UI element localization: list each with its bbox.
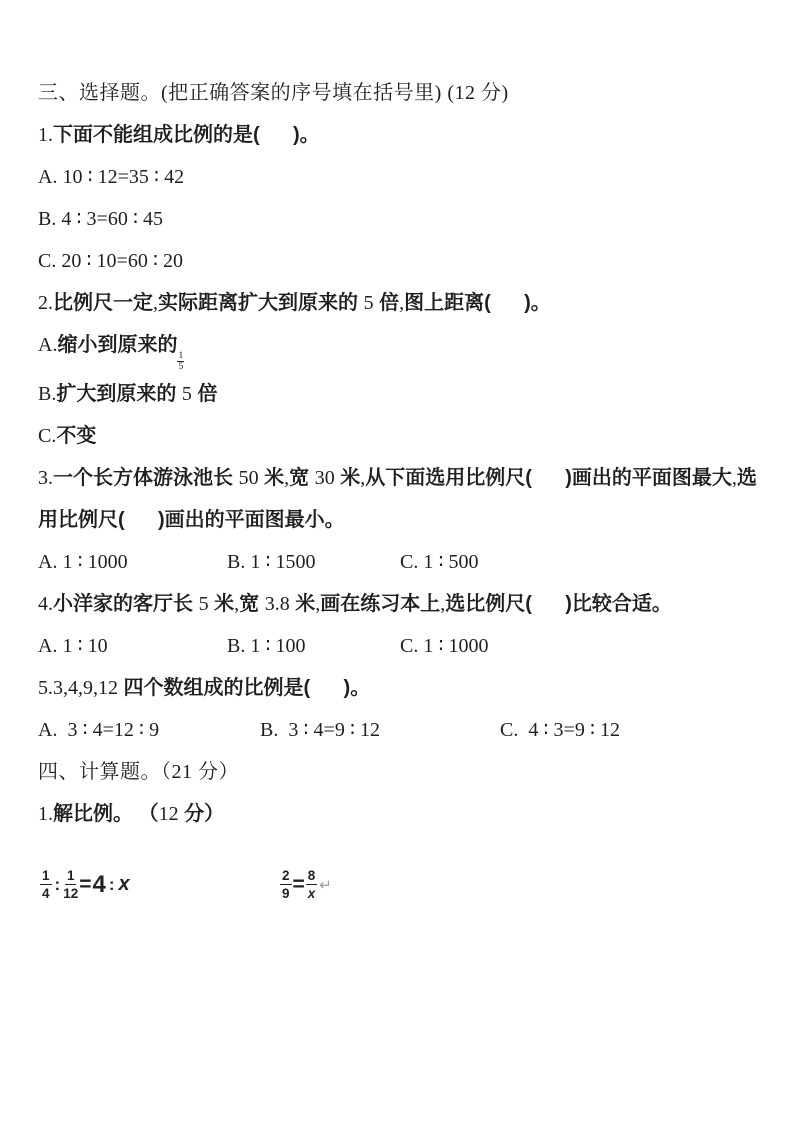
equation-1: 14 : 112 = 4 : x	[40, 868, 130, 902]
ratio-colon: :	[106, 875, 118, 895]
equals-sign: =	[78, 873, 92, 897]
question-5-stem: 5.3,4,9,12 四个数组成的比例是( )。	[38, 667, 765, 709]
paragraph-return-mark: ↵	[319, 876, 332, 894]
fraction-numerator: 1	[177, 351, 184, 362]
section-three-title: 三、选择题。(把正确答案的序号填在括号里) (12 分)	[38, 72, 765, 114]
equation-1-number: 4	[92, 871, 105, 899]
one-fifth-fraction: 15	[177, 351, 184, 373]
question-1-option-b: B. 4 ∶ 3=60 ∶ 45	[38, 198, 765, 240]
question-3-option-c: C. 1 ∶ 500	[400, 541, 479, 583]
equals-sign: =	[292, 873, 306, 897]
fraction-denominator-x: x	[308, 885, 316, 902]
question-4-option-c: C. 1 ∶ 1000	[400, 625, 489, 667]
fraction-denominator: 12	[63, 885, 78, 902]
question-5-option-a: A. 3 ∶ 4=12 ∶ 9	[38, 709, 260, 751]
fraction-denominator: 9	[282, 885, 290, 902]
solve-proportion-subtitle: 1.解比例。 （12 分）	[38, 793, 765, 835]
equation-2-fraction-2: 8x	[306, 868, 318, 902]
fraction-numerator: 1	[40, 868, 52, 886]
ratio-colon: :	[52, 875, 64, 895]
fraction-denominator: 5	[178, 362, 183, 372]
question-4-options-row: A. 1 ∶ 10 B. 1 ∶ 100 C. 1 ∶ 1000	[38, 625, 765, 667]
question-2-option-b: B.扩大到原来的 5 倍	[38, 373, 765, 415]
question-2-stem: 2.比例尺一定,实际距离扩大到原来的 5 倍,图上距离( )。	[38, 282, 765, 324]
question-4-option-b: B. 1 ∶ 100	[227, 625, 400, 667]
section-four-title: 四、计算题。（21 分）	[38, 751, 765, 793]
solve-proportion-equations: 14 : 112 = 4 : x 29 = 8x ↵	[38, 862, 765, 922]
equation-1-fraction-1: 14	[40, 868, 52, 902]
equation-2: 29 = 8x ↵	[280, 868, 332, 902]
question-2-option-c: C.不变	[38, 415, 765, 457]
question-3-stem: 3.一个长方体游泳池长 50 米,宽 30 米,从下面选用比例尺( )画出的平面…	[38, 457, 765, 541]
fraction-numerator: 1	[65, 868, 77, 886]
fraction-denominator: 4	[42, 885, 50, 902]
question-1-stem: 1.下面不能组成比例的是( )。	[38, 114, 765, 156]
unknown-x: x	[118, 873, 130, 896]
question-1-option-a: A. 10 ∶ 12=35 ∶ 42	[38, 156, 765, 198]
question-4-option-a: A. 1 ∶ 10	[38, 625, 227, 667]
question-3-option-a: A. 1 ∶ 1000	[38, 541, 227, 583]
question-2-option-a: A.缩小到原来的15	[38, 324, 765, 373]
question-3-options-row: A. 1 ∶ 1000 B. 1 ∶ 1500 C. 1 ∶ 500	[38, 541, 765, 583]
question-5-option-c: C. 4 ∶ 3=9 ∶ 12	[500, 709, 620, 751]
question-2-option-a-text: A.缩小到原来的	[38, 334, 177, 356]
fraction-numerator: 2	[280, 868, 292, 886]
test-paper-page: 三、选择题。(把正确答案的序号填在括号里) (12 分) 1.下面不能组成比例的…	[0, 0, 793, 1122]
equation-2-fraction-1: 29	[280, 868, 292, 902]
fraction-numerator: 8	[306, 868, 318, 886]
equation-1-fraction-2: 112	[63, 868, 78, 902]
question-1-option-c: C. 20 ∶ 10=60 ∶ 20	[38, 240, 765, 282]
question-5-options-row: A. 3 ∶ 4=12 ∶ 9 B. 3 ∶ 4=9 ∶ 12 C. 4 ∶ 3…	[38, 709, 765, 751]
question-3-option-b: B. 1 ∶ 1500	[227, 541, 400, 583]
question-4-stem: 4.小洋家的客厅长 5 米,宽 3.8 米,画在练习本上,选比例尺( )比较合适…	[38, 583, 765, 625]
question-5-option-b: B. 3 ∶ 4=9 ∶ 12	[260, 709, 500, 751]
